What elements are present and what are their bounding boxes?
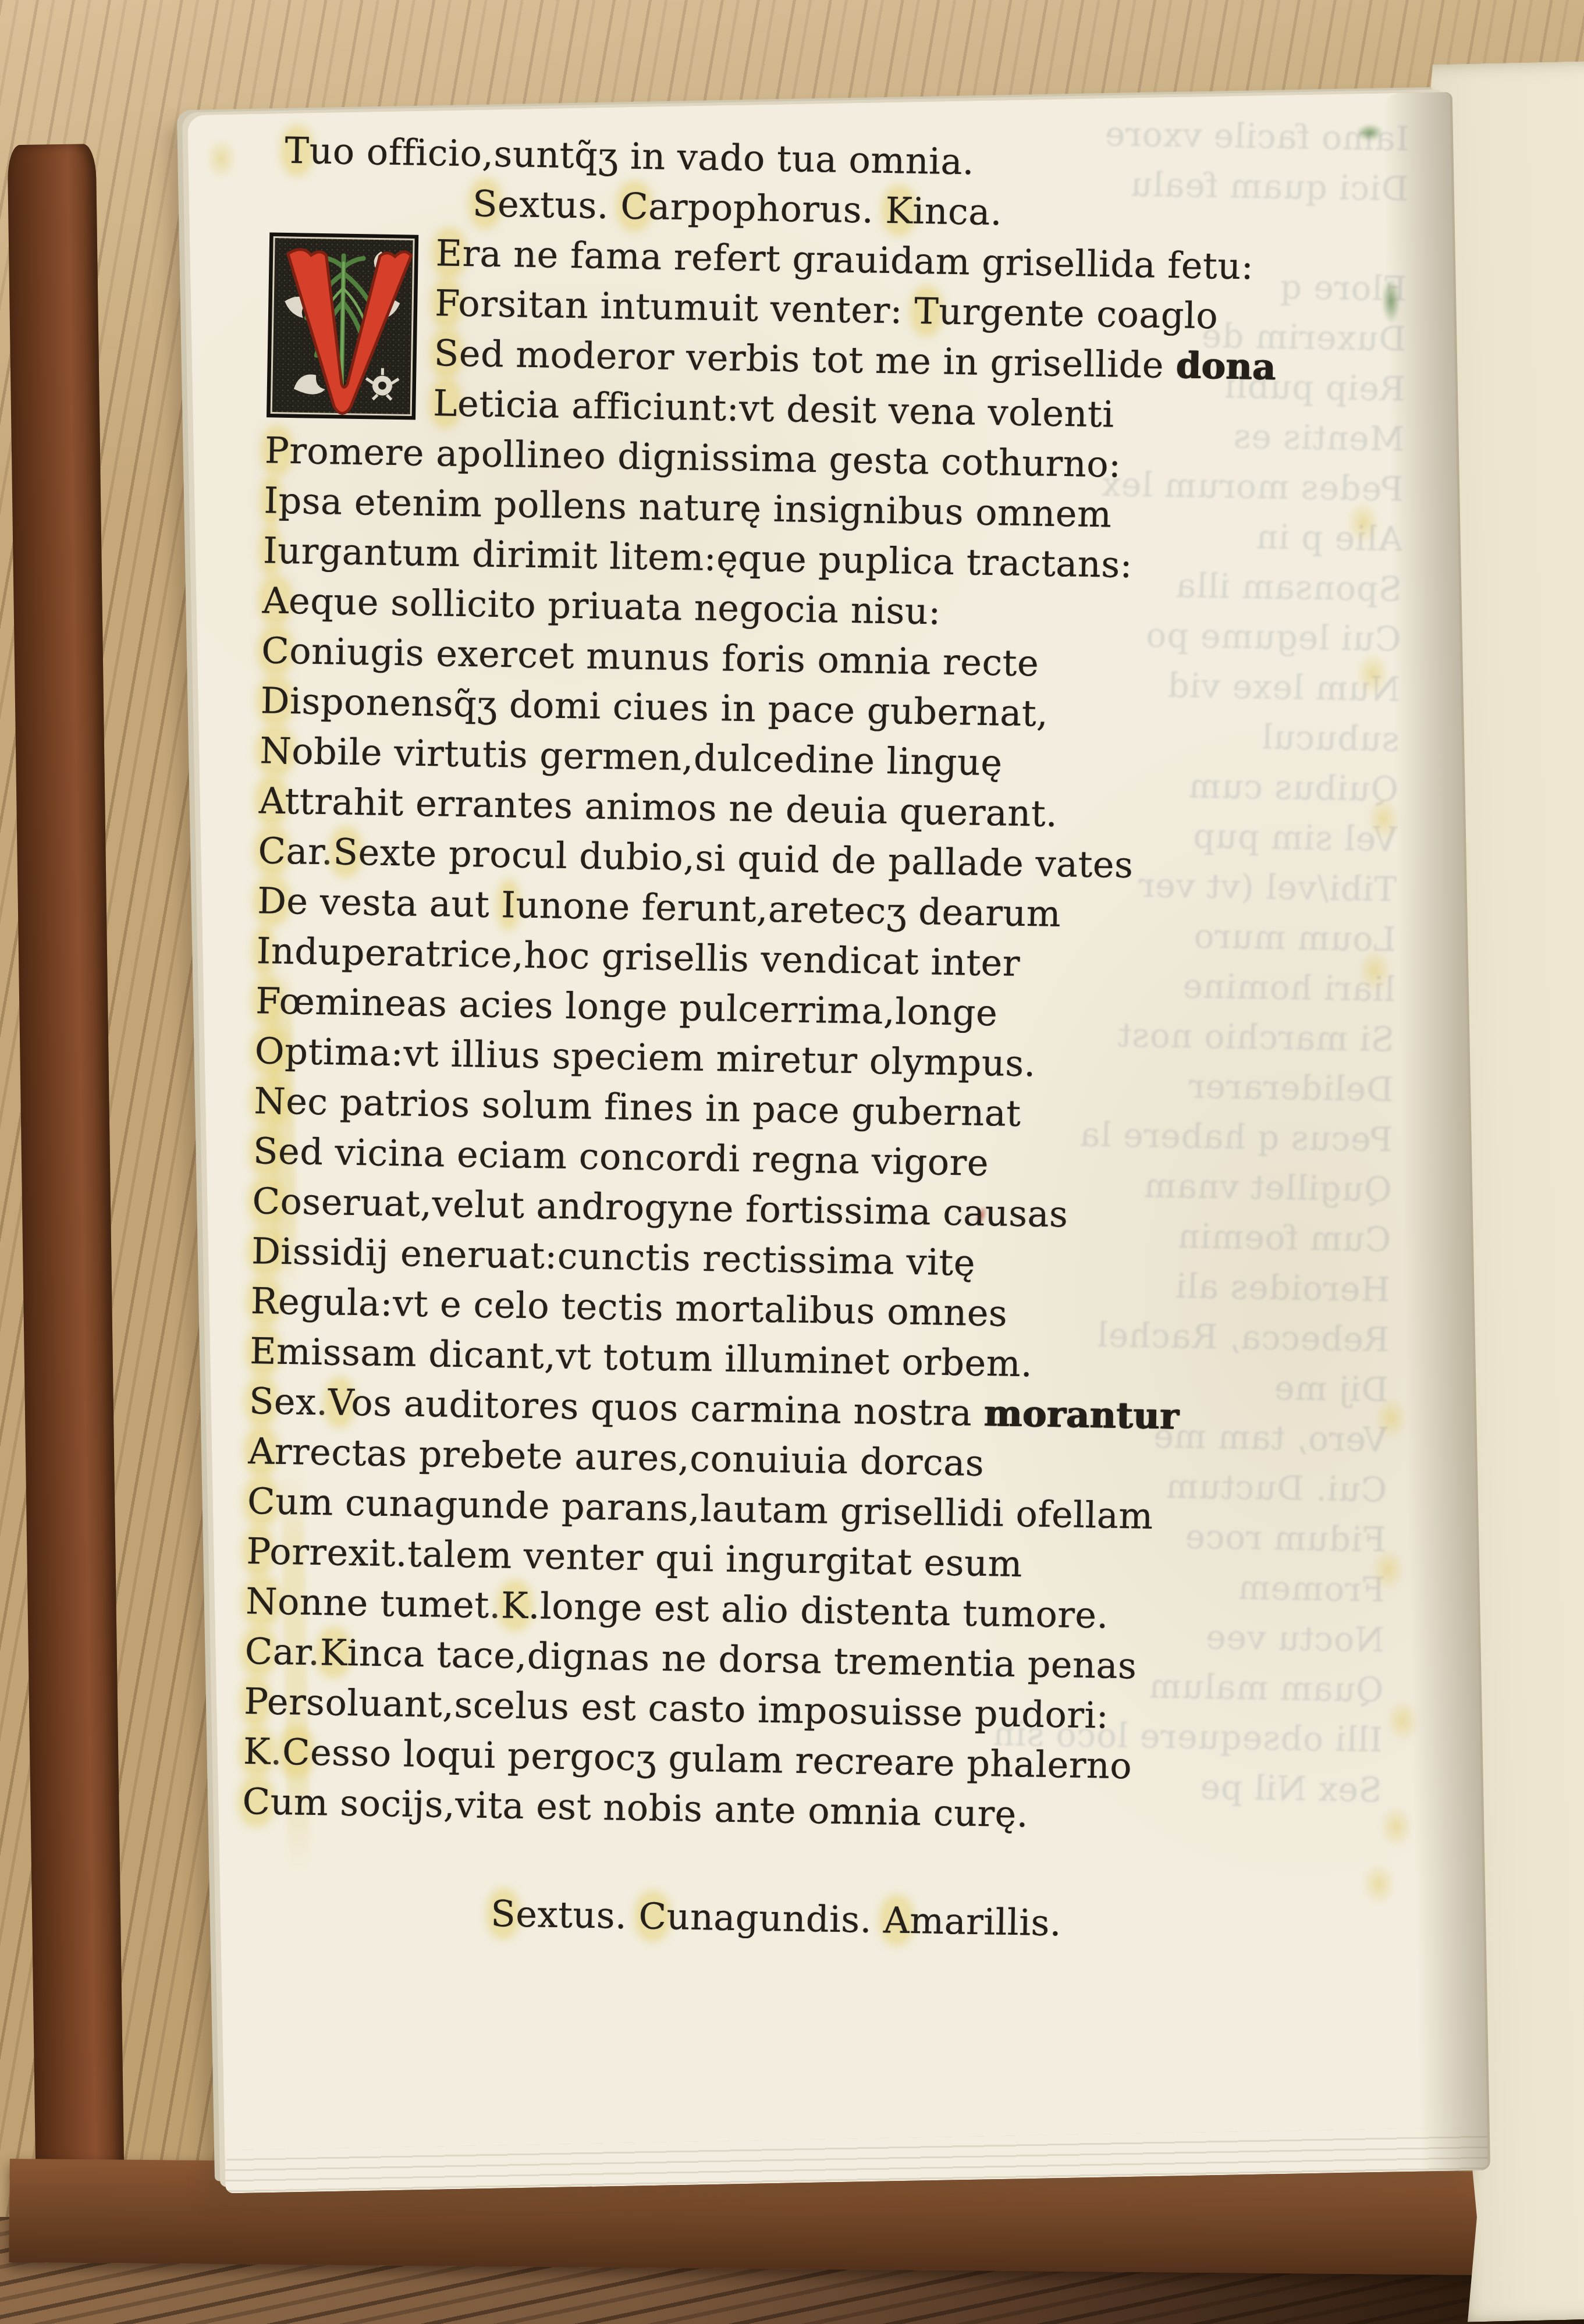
verse-text: marillis. bbox=[910, 1899, 1062, 1944]
highlighted-capital: T bbox=[285, 129, 310, 172]
verse-text: oseruat,velut androgyne fortissima causa… bbox=[280, 1180, 1068, 1235]
verse-text: orrexit.talem venter qui ingurgitat esum bbox=[269, 1530, 1023, 1585]
verse-text: rrectas prebete aures,conuiuia dorcas bbox=[274, 1430, 984, 1484]
verse-text: orsitan intumuit venter: bbox=[458, 282, 915, 332]
verse-text: esso loqui pergocʒ gulam recreare phaler… bbox=[310, 1731, 1132, 1787]
verse-text: onne tumet. bbox=[277, 1580, 501, 1626]
verse-text: ersoluant,scelus est casto imposuisse pu… bbox=[267, 1680, 1109, 1737]
highlighted-capital: E bbox=[250, 1330, 277, 1373]
verse-text: missam dicant,vt totum illuminet orbem. bbox=[276, 1330, 1033, 1385]
highlighted-capital: A bbox=[248, 1430, 275, 1473]
highlighted-capital: K bbox=[319, 1631, 347, 1674]
highlighted-capital: C bbox=[261, 629, 290, 672]
highlighted-capital: C bbox=[242, 1780, 271, 1823]
woodcut-initial bbox=[265, 231, 420, 421]
verse-text: eque sollicito priuata negocia nisu: bbox=[288, 580, 941, 633]
highlighted-capital: C bbox=[282, 1730, 310, 1774]
verse-text: urgente coaglo bbox=[939, 290, 1219, 337]
highlighted-capital: P bbox=[244, 1680, 268, 1723]
highlighted-capital: C bbox=[258, 829, 286, 872]
highlighted-capital: K bbox=[885, 189, 913, 232]
highlighted-capital: C bbox=[244, 1630, 273, 1673]
verse-text: e vesta aut bbox=[286, 880, 502, 926]
verse-text: ed vicina eciam concordi regna vigore bbox=[278, 1130, 989, 1184]
verse-text: ex. bbox=[274, 1380, 328, 1424]
highlighted-capital: O bbox=[254, 1029, 285, 1072]
book-page: Iamo facile vxoreDici quam fealuFlore qD… bbox=[187, 92, 1488, 2193]
verse-text: œmineas acies longe pulcerrima,longe bbox=[279, 980, 998, 1034]
verse-text: ptima:vt illius speciem miretur olympus. bbox=[285, 1030, 1036, 1085]
highlighted-capital: S bbox=[473, 182, 498, 225]
verse-text: os auditores quos carmina nostra bbox=[351, 1381, 984, 1434]
highlighted-capital: C bbox=[247, 1480, 276, 1523]
verse-text: ar. bbox=[286, 830, 333, 873]
verse-text: ra ne fama refert grauidam grisellida fe… bbox=[462, 232, 1254, 288]
verse-text: ttrahit errantes animos ne deuia querant… bbox=[285, 780, 1058, 835]
verse-text: issidij eneruat:cunctis rectissima vitę bbox=[280, 1230, 976, 1284]
highlighted-capital: D bbox=[257, 879, 287, 922]
highlighted-capital: C bbox=[252, 1179, 280, 1223]
highlighted-capital: P bbox=[246, 1530, 270, 1573]
highlighted-capital: A bbox=[883, 1899, 910, 1942]
verse-lines: Promere apollineo dignissima gesta cothu… bbox=[242, 425, 1381, 1845]
verse-text: arpophorus. bbox=[648, 185, 886, 232]
verse-text: isponensq̃ʒ domi ciues in pace gubernat, bbox=[290, 680, 1049, 735]
verse-text: um socijs,vita est nobis ante omnia curę… bbox=[270, 1781, 1029, 1836]
verse-text: . bbox=[270, 1730, 282, 1773]
verse-text: unagundis. bbox=[666, 1895, 884, 1941]
highlighted-capital: P bbox=[264, 429, 289, 472]
verse-text: morantur bbox=[983, 1392, 1179, 1438]
highlighted-capital: N bbox=[254, 1079, 286, 1122]
highlighted-capital: F bbox=[255, 979, 279, 1022]
verse-text: extus. bbox=[498, 183, 621, 227]
highlighted-capital: S bbox=[333, 830, 358, 873]
verse-text: .longe est alio distenta tumore. bbox=[528, 1584, 1109, 1637]
highlighted-capital: F bbox=[435, 282, 459, 325]
highlighted-capital: L bbox=[433, 382, 458, 425]
highlighted-capital: N bbox=[246, 1580, 278, 1623]
highlighted-capital: E bbox=[435, 232, 463, 275]
yellow-stain bbox=[1379, 1805, 1413, 1849]
highlighted-capital: A bbox=[258, 779, 285, 822]
verse-text: ec patrios solum fines in pace gubernat bbox=[286, 1080, 1022, 1135]
drop-cap-row: Era ne fama refert grauidam grisellida f… bbox=[265, 225, 1384, 444]
highlighted-capital: T bbox=[914, 290, 939, 333]
highlighted-capital: I bbox=[501, 883, 516, 926]
verse-text: oniugis exercet munus foris omnia recte bbox=[289, 630, 1039, 684]
highlighted-capital: D bbox=[251, 1229, 281, 1273]
verse-text: exte procul dubio,si quid de pallade vat… bbox=[358, 831, 1134, 886]
highlighted-capital: K bbox=[243, 1730, 271, 1773]
verse-text: romere apollineo dignissima gesta cothur… bbox=[289, 429, 1121, 486]
highlighted-capital: A bbox=[262, 579, 289, 622]
highlighted-capital: I bbox=[263, 529, 278, 571]
verse-text: inca tace,dignas ne dorsa trementia pena… bbox=[347, 1632, 1137, 1687]
closing-line: Sextus. Cunagundis. Amarillis. bbox=[240, 1885, 1357, 1953]
highlighted-capital: C bbox=[638, 1895, 667, 1938]
highlighted-capital: S bbox=[248, 1380, 274, 1423]
highlighted-capital: S bbox=[434, 332, 459, 375]
highlighted-capital: R bbox=[250, 1280, 278, 1323]
verse-text: dona bbox=[1175, 344, 1276, 388]
printed-text-block: Tuo officio,suntq̃ʒ in vado tua omnia. S… bbox=[240, 125, 1386, 1953]
verse-text: extus. bbox=[516, 1893, 639, 1937]
verse-text: ed moderor verbis tot me in grisellide bbox=[459, 332, 1176, 386]
verse-text: uo officio,suntq̃ʒ in vado tua omnia. bbox=[309, 130, 975, 183]
verse-text: psa etenim pollens naturę insignibus omn… bbox=[278, 479, 1112, 536]
highlighted-capital: S bbox=[253, 1129, 279, 1172]
yellow-stain bbox=[1385, 1699, 1419, 1743]
highlighted-capital: I bbox=[264, 479, 279, 521]
highlighted-capital: S bbox=[491, 1892, 516, 1935]
highlighted-capital: I bbox=[256, 929, 271, 972]
verse-text: inca. bbox=[912, 190, 1003, 234]
highlighted-capital: N bbox=[260, 729, 292, 772]
photo-of-incunabulum-page: { "colors": { "paper": "#f2edde", "ink":… bbox=[0, 0, 1584, 2324]
verse-text: obile virtutis germen,dulcedine linguę bbox=[292, 730, 1003, 784]
yellow-stain bbox=[205, 137, 237, 180]
verse-text: unone ferunt,aretecʒ dearum bbox=[516, 884, 1061, 936]
verse-text: ar. bbox=[272, 1630, 320, 1673]
highlighted-capital: D bbox=[260, 679, 290, 722]
verse-text: nduperatrice,hoc grisellis vendicat inte… bbox=[271, 930, 1020, 985]
highlighted-capital: C bbox=[620, 184, 649, 228]
woodcut-initial-art bbox=[265, 231, 420, 421]
highlighted-capital: V bbox=[328, 1381, 351, 1424]
verse-text: eticia afficiunt:vt desit vena volenti bbox=[457, 382, 1115, 436]
highlighted-capital: K bbox=[500, 1584, 528, 1627]
verse-text: egula:vt e celo tectis mortalibus omnes bbox=[278, 1280, 1007, 1335]
initial-adjacent-lines: Era ne fama refert grauidam grisellida f… bbox=[265, 225, 1384, 444]
